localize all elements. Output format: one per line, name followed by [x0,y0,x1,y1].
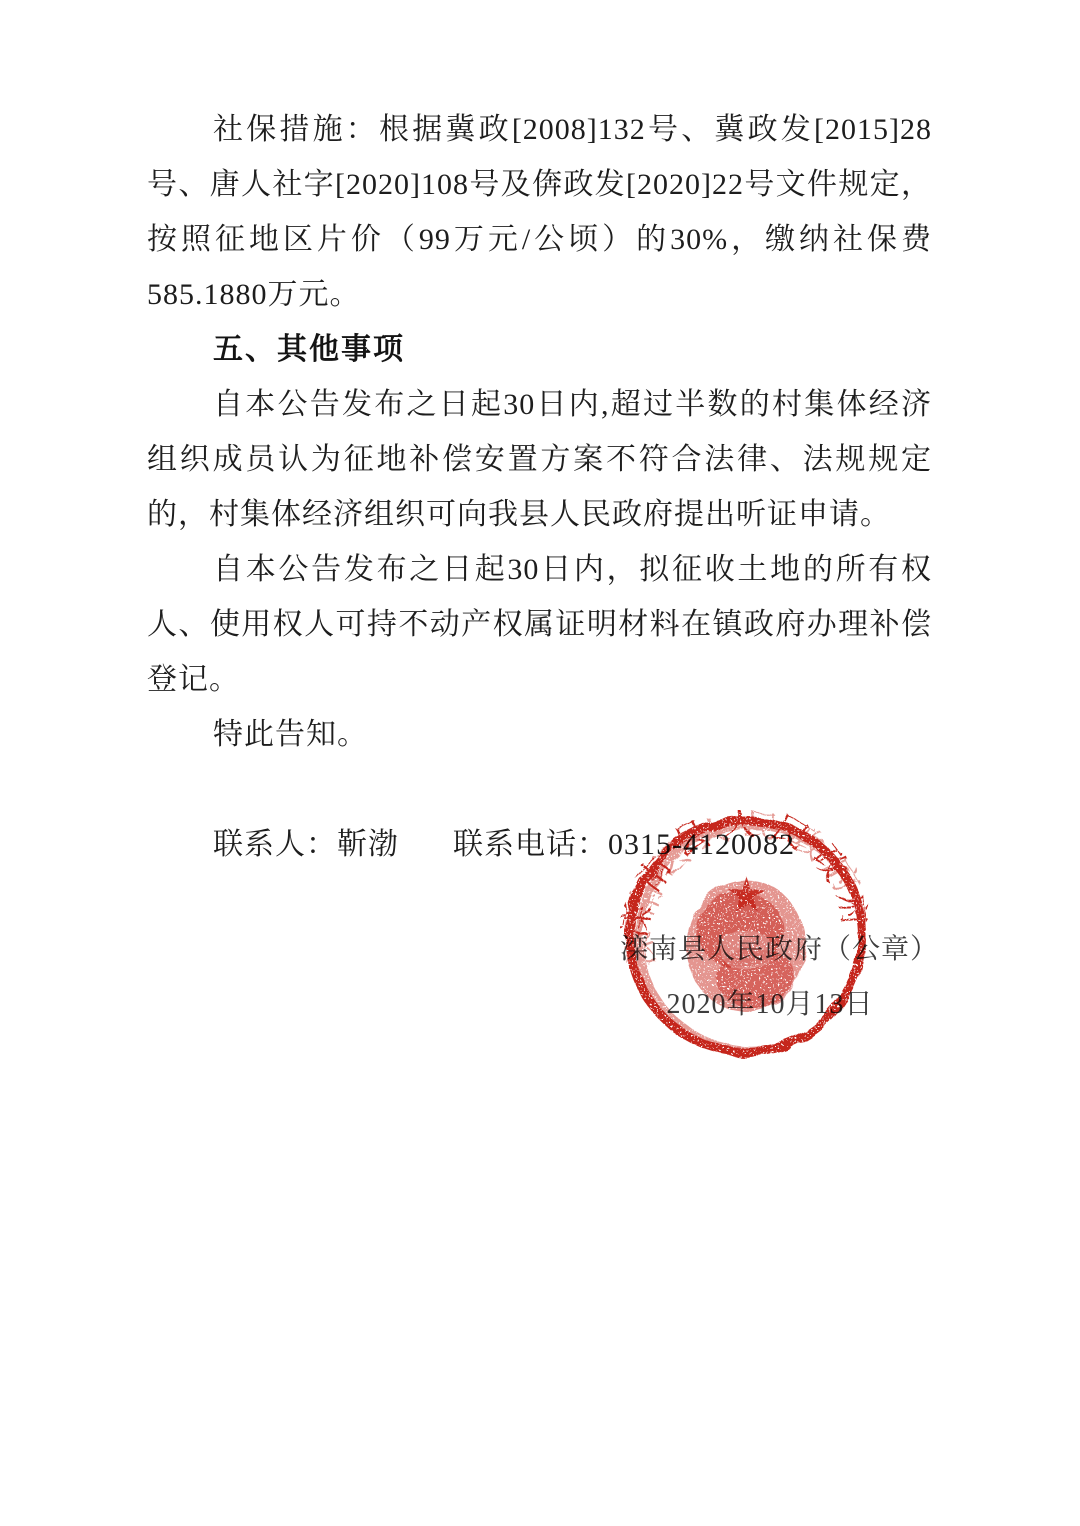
contact-person-label: 联系人： [213,828,337,861]
paragraph-hearing-application: 自本公告发布之日起30日内,超过半数的村集体经济组织成员认为征地补偿安置方案不符… [147,377,932,542]
notice-document-page: 社保措施：根据冀政[2008]132号、冀政发[2015]28号、唐人社字[20… [0,0,1080,1526]
section-heading-other-matters: 五、其他事项 [147,322,932,377]
contact-line: 联系人：靳渤联系电话：0315-4120082 [147,817,932,872]
document-body: 社保措施：根据冀政[2008]132号、冀政发[2015]28号、唐人社字[20… [147,102,932,872]
paragraph-compensation-registration: 自本公告发布之日起30日内，拟征收土地的所有权人、使用权人可持不动产权属证明材料… [147,542,932,707]
paragraph-social-security: 社保措施：根据冀政[2008]132号、冀政发[2015]28号、唐人社字[20… [147,102,932,322]
seal-star-icon [728,876,764,911]
contact-phone-label: 联系电话： [453,828,608,861]
signature-block: 滦南县人民政府（公章） 2020年10月13日 [620,922,920,1032]
contact-phone-number: 0315-4120082 [608,828,795,861]
signature-date: 2020年10月13日 [620,977,920,1032]
paragraph-closing-note: 特此告知。 [147,707,932,762]
signature-issuer: 滦南县人民政府（公章） [620,922,920,977]
contact-person-name: 靳渤 [337,828,399,861]
